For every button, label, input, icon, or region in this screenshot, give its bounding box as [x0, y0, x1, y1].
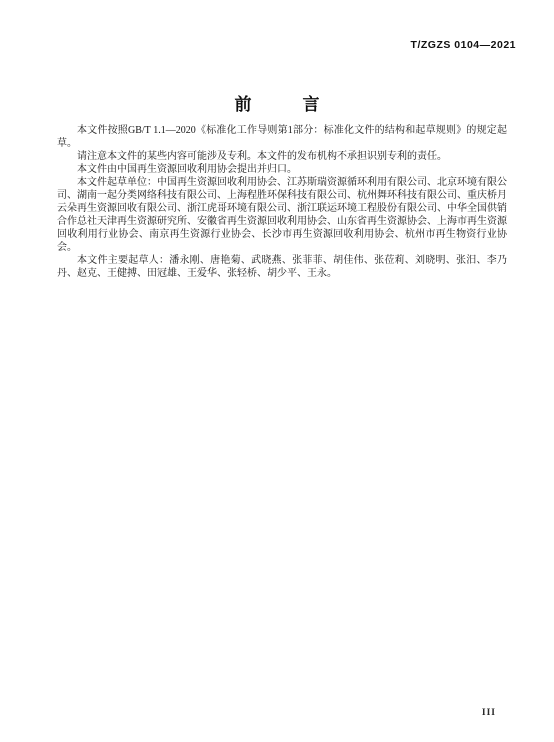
page-title: 前 言: [0, 90, 554, 115]
foreword-body: 本文件按照GB/T 1.1—2020《标准化工作导则第1部分：标准化文件的结构和…: [57, 124, 507, 280]
paragraph-patent-notice: 请注意本文件的某些内容可能涉及专利。本文件的发布机构不承担识别专利的责任。: [57, 150, 507, 163]
standard-code-header: T/ZGZS 0104—2021: [411, 39, 516, 51]
paragraph-drafting-rules: 本文件按照GB/T 1.1—2020《标准化工作导则第1部分：标准化文件的结构和…: [57, 124, 507, 150]
paragraph-proposing-body: 本文件由中国再生资源回收利用协会提出并归口。: [57, 163, 507, 176]
page-number: III: [482, 708, 496, 718]
document-page: T/ZGZS 0104—2021 前 言 本文件按照GB/T 1.1—2020《…: [0, 0, 554, 742]
paragraph-main-drafters: 本文件主要起草人：潘永刚、唐艳菊、武晓燕、张菲菲、胡佳伟、张莅莉、刘晓明、张汨、…: [57, 254, 507, 280]
paragraph-drafting-organizations: 本文件起草单位：中国再生资源回收利用协会、江苏斯瑞资源循环利用有限公司、北京环境…: [57, 176, 507, 254]
